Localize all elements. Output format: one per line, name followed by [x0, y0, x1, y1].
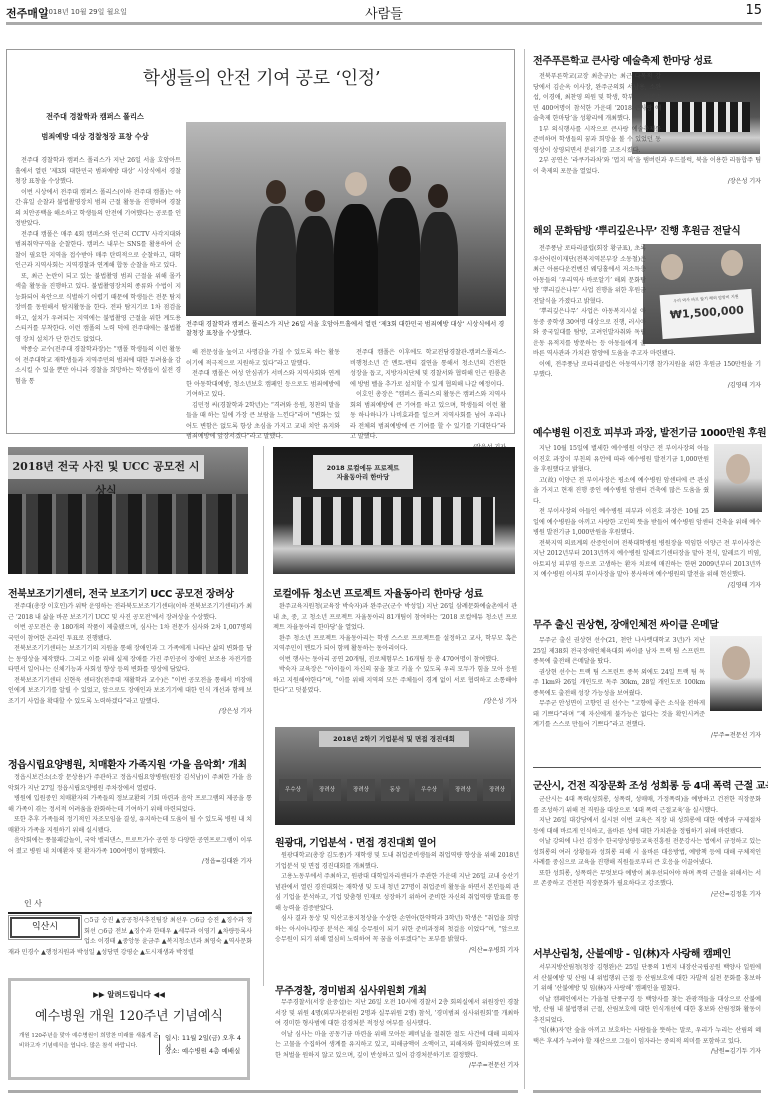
school-byline: /장은성 기자	[533, 177, 761, 188]
gunsan-byline: /군산=김정훈 기자	[533, 890, 761, 901]
forest-byline: /남원=김기두 기자	[533, 1047, 761, 1058]
personnel-body: ○5급 승진 ▲공공청사추진팀장 최선우 ○6급 승진 ▲징수과 정회선 ○6급…	[8, 916, 252, 958]
wonkwang-byline: /익산=우병희 기자	[275, 946, 519, 957]
wonkwang-photo-banner: 2018년 2학기 기업분석 및 면접 경진대회	[319, 731, 469, 747]
ucc-byline: /장은성 기자	[8, 707, 252, 718]
lead-column-3: 전주대 캠폴은 이후에도 학교전담경찰관-캠퍼스폴리스-비행청소년 간 멘토-멘…	[350, 348, 506, 453]
gunsan-headline: 군산시, 건전 직장문화 조성 성희롱 등 4대 폭력 근절 교육	[533, 777, 768, 792]
notice-place: 장소: 예수병원 4층 예배실	[165, 1046, 240, 1055]
mujupolice-byline: /무주=전문선 기자	[275, 1061, 519, 1072]
school-headline: 전주푸른학교 큰사랑 예술축제 한마당 성료	[533, 52, 712, 67]
notice-body: 개원 120주년을 맞아 예수병원이 희망찬 미래를 새롭게 준비하고자 기념예…	[19, 1031, 159, 1051]
personnel-rule	[8, 912, 252, 914]
gunsan-body: 군산시는 4대 폭력(성희롱, 성폭력, 성매매, 가정폭력)을 예방하고 건전…	[533, 795, 761, 900]
localedu-headline: 로컬에듀 청소년 프로젝트 자율동아리 한마당 성료	[273, 585, 483, 600]
award-signs: 우수상 장려상 장려상 동상 우수상 장려상 장려상	[275, 779, 515, 801]
localedu-banner-line2: 자율동아리 한마당	[313, 472, 413, 481]
wonkwang-body: 원광대학교(총장 김도종)가 재학생 및 도내 취업준비생들의 취업역량 향상을…	[275, 851, 519, 956]
personnel-label: 인 사	[24, 898, 42, 909]
wonkwang-photo: 2018년 2학기 기업분석 및 면접 경진대회 우수상 장려상 장려상 동상 …	[275, 727, 515, 825]
notice-title: 예수병원 개원 120주년 기념예식	[11, 1005, 247, 1024]
school-body: 전북푸른학교(교장 최춘규)는 최근 다목적 강당에서 김순옥 이사장, 완주군…	[533, 72, 761, 188]
ucc-photo-banner: 2018년 전국 사진 및 UCC 공모전 시상식	[8, 455, 204, 479]
localedu-body: 완주교육지원청(교육장 박숙자)과 완주군(군수 박성일) 지난 26일 삼례문…	[273, 602, 517, 707]
cyclist-byline: /무주=전문선 기자	[533, 731, 761, 742]
lead-photo	[186, 122, 506, 316]
mujupolice-body: 무주경찰서(서장 윤중섭)는 지난 26일 오전 10시에 경찰서 2층 회의실…	[275, 998, 519, 1072]
localedu-banner-line1: 2018 로컬에듀 프로젝트	[313, 463, 413, 472]
lead-column-1: 전주대 경찰학과 캠퍼스 폴리스가 지난 26일 서울 호암아트홀에서 열린 ‘…	[15, 156, 181, 434]
section-title: 사람들	[0, 3, 768, 22]
jeongeup-body: 정읍시보건소(소장 문상용)가 주관하고 정읍시립요양병원(원장 김석남)이 주…	[8, 773, 252, 868]
column-divider	[263, 446, 264, 986]
bottom-rule-right	[533, 1090, 761, 1093]
hospital-headline: 예수병원 이진호 피부과 과장, 발전기금 1000만원 후원	[533, 424, 766, 439]
lead-headline: 학생들의 안전 기여 공로 ‘인정’	[7, 64, 516, 90]
masthead: 전주매일 2018년 10월 29일 월요일 사람들 15	[0, 0, 768, 24]
cyclist-body: 무주군 출신 권상현 선수(21, 천안 나사렛대학교 3년)가 지난 25일 …	[533, 636, 761, 741]
hospital-byline: /김영태 기자	[533, 581, 761, 592]
ucc-photo: 2018년 전국 사진 및 UCC 공모전 시상식	[8, 447, 248, 574]
hospital-body: 지난 10월 15일에 별세한 예수병원 이양근 전 부이사장의 아들 이진호 …	[533, 444, 761, 591]
ucc-body: 전주대(총장 이호인)가 위탁 운영하는 전라북도보조기기센터(이하 전북보조기…	[8, 602, 252, 718]
page-number: 15	[745, 3, 762, 18]
cyclist-headline: 무주 출신 권상현, 장애인체전 싸이클 은메달	[533, 616, 719, 631]
forest-headline: 서부산림청, 산불예방 - 임(林)자 사랑해 캠페인	[533, 945, 731, 960]
jeongeup-headline: 정읍시립요양병원, 치매환자 가족지원 ‘가을 음악회’ 개최	[8, 756, 247, 771]
lead-story-box: 학생들의 안전 기여 공로 ‘인정’ 전주대 경찰학과 캠퍼스 폴리스 범죄예방…	[6, 49, 515, 434]
lead-photo-caption: 전주대 경찰학과 캠퍼스 폴리스가 지난 26일 서울 호암아트홀에서 열린 ‘…	[186, 320, 506, 338]
section-rule	[533, 767, 761, 768]
jeongeup-byline: /정읍=김대완 기자	[8, 857, 252, 868]
rotary-headline: 해외 문화탐방 ‘뿌리깊은나무’ 진행 후원금 전달식	[533, 222, 740, 237]
mujupolice-headline: 무주경찰, 경미범죄 심사위원회 개최	[275, 982, 427, 997]
rotary-body: 전주풍남 로타리클럽(회장 황규표), 초록우산어린이재단(전북지역본부장 소동…	[533, 244, 761, 391]
ucc-headline: 전북보조기기센터, 전국 보조기기 UCC 공모전 장려상	[8, 585, 234, 600]
rotary-byline: /김영태 기자	[533, 381, 761, 392]
notice-header: ▶▶ 알려드립니다 ◀◀	[11, 989, 247, 1000]
lead-subtitle-1: 전주대 경찰학과 캠퍼스 폴리스	[17, 112, 173, 122]
localedu-photo: 2018 로컬에듀 프로젝트 자율동아리 한마당	[273, 447, 515, 574]
lead-column-2: 해 전문성을 높이고 사명감을 가질 수 있도록 하는 활동이기에 적극적으로 …	[186, 348, 340, 443]
lead-subtitle-2: 범죄예방 대상 경찰청장 표창 수상	[17, 132, 173, 142]
notice-box: ▶▶ 알려드립니다 ◀◀ 예수병원 개원 120주년 기념예식 개원 120주년…	[8, 978, 250, 1080]
forest-body: 서부지방산림청(청장 김형완)은 25일 단풍의 1번지 내장산국립공원 백양사…	[533, 963, 761, 1058]
masthead-rule	[6, 22, 762, 25]
wonkwang-headline: 원광대, 기업분석 · 면접 경진대회 열어	[275, 834, 436, 849]
column-divider	[524, 49, 525, 1089]
bottom-rule	[8, 1090, 518, 1093]
localedu-byline: /장은성 기자	[273, 697, 517, 708]
